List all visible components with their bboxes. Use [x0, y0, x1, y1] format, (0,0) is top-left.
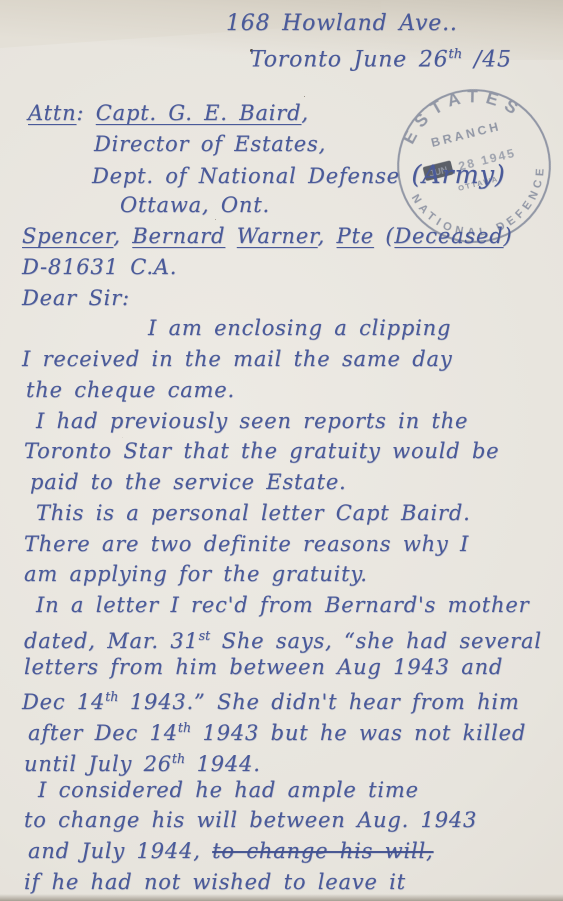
letter-line: paid to the service Estate.	[30, 467, 559, 498]
letter-text-segment: Bernard	[132, 224, 225, 248]
letter-line: if he had not wished to leave it	[24, 867, 559, 898]
letter-text-segment: Warner	[237, 224, 318, 248]
letter-text-segment: Director of Estates,	[94, 132, 326, 156]
letter-text-segment: Capt. G. E. Baird	[96, 101, 302, 125]
letter-text-segment: I am enclosing a clipping	[148, 316, 451, 340]
letter-line: Dept. of National Defense (Army)	[92, 160, 559, 191]
letter-text-segment: 1943.” She didn't hear from him	[118, 690, 519, 714]
letter-line: Spencer, Bernard Warner, Pte (Deceased)	[22, 221, 559, 252]
letter-text-segment: D-81631 C.A.	[22, 255, 177, 279]
letter-text-segment: to change his will between Aug. 1943	[24, 808, 477, 832]
letter-text-segment: th	[172, 751, 185, 766]
letter-text-segment: Ottawa, Ont.	[120, 193, 270, 217]
letter-text-segment: She says, “she had several	[210, 629, 542, 653]
letter-text-segment: Spencer	[22, 224, 113, 248]
letter-text-segment: 1943 but he was not killed	[191, 721, 526, 745]
letter-text-segment: paid to the service Estate.	[30, 470, 347, 494]
letter-line: dated, Mar. 31st She says, “she had seve…	[24, 621, 559, 652]
letter-text-segment: There are two definite reasons why I	[24, 532, 469, 556]
letter-text-segment: I had previously seen reports in the	[36, 409, 468, 433]
letter-line: There are two definite reasons why I	[24, 529, 559, 560]
letter-text-segment: Attn	[28, 101, 76, 125]
letter-line: after Dec 14th 1943 but he was not kille…	[28, 713, 559, 744]
letter-text-segment: :	[76, 101, 95, 125]
letter-line: the cheque came.	[26, 375, 559, 406]
letter-line: Dec 14th 1943.” She didn't hear from him	[22, 682, 559, 713]
letter-text-segment: the cheque came.	[26, 378, 235, 402]
letter-handwritten-text: 168 Howland Ave..Toronto June 26th /45At…	[0, 0, 563, 901]
letter-text-segment: /45	[462, 47, 512, 72]
letter-text-segment: Pte	[337, 224, 374, 248]
letter-line: 168 Howland Ave..	[226, 9, 458, 40]
letter-line: Director of Estates,	[94, 129, 559, 160]
letter-line: Dear Sir:	[22, 283, 559, 314]
letter-line: Ottawa, Ont.	[120, 190, 559, 221]
letter-line: I am enclosing a clipping	[148, 313, 559, 344]
letter-text-segment: Toronto June 26	[250, 47, 448, 72]
letter-text-segment: In a letter I rec'd from Bernard's mothe…	[36, 593, 529, 617]
letter-text-segment: This is a personal letter Capt Baird.	[36, 501, 471, 525]
letter-text-segment: )	[503, 224, 512, 248]
letter-page: ESTATES NATIONAL DEFENCE BRANCH JUN 28 1…	[0, 0, 563, 901]
letter-text-segment: th	[178, 720, 191, 735]
letter-text-segment: until July 26	[24, 752, 172, 776]
letter-line: to change his will between Aug. 1943	[24, 805, 559, 836]
letter-text-segment: Toronto Star that the gratuity would be	[24, 439, 499, 463]
letter-text-segment: dated, Mar. 31	[24, 629, 199, 653]
letter-line: until July 26th 1944.	[24, 744, 559, 775]
letter-text-segment	[225, 224, 236, 248]
letter-text-segment: ,	[301, 101, 308, 125]
letter-text-segment: and July 1944,	[28, 839, 212, 863]
letter-text-segment: th	[448, 47, 462, 62]
letter-line: and July 1944, to change his will,	[28, 836, 559, 867]
letter-text-segment: th	[105, 689, 118, 704]
letter-text-segment: Dept. of National Defense	[92, 164, 411, 188]
letter-line: I considered he had ample time	[38, 775, 559, 806]
letter-line: Attn: Capt. G. E. Baird,	[28, 98, 559, 129]
letter-text-segment: st	[199, 628, 211, 643]
letter-text-segment: I received in the mail the same day	[22, 347, 452, 371]
letter-line: I had previously seen reports in the	[36, 406, 559, 437]
letter-text-segment: ,	[113, 224, 132, 248]
letter-line: am applying for the gratuity.	[24, 559, 559, 590]
letter-line: Toronto Star that the gratuity would be	[24, 436, 559, 467]
letter-line: This is a personal letter Capt Baird.	[36, 498, 559, 529]
letter-text-segment: I considered he had ample time	[38, 778, 419, 802]
letter-text-segment: 168 Howland Ave..	[226, 11, 458, 36]
letter-text-segment: Deceased	[394, 224, 503, 248]
letter-text-segment: (	[374, 224, 394, 248]
letter-line: D-81631 C.A.	[22, 252, 559, 283]
letter-text-segment: if he had not wished to leave it	[24, 870, 406, 894]
letter-text-segment: ,	[318, 224, 337, 248]
letter-line: I received in the mail the same day	[22, 344, 559, 375]
letter-text-segment: am applying for the gratuity.	[24, 562, 368, 586]
struck-out-text: to change his will,	[212, 839, 433, 863]
letter-text-segment: Dear Sir:	[22, 286, 130, 310]
letter-text-segment: (Army)	[411, 160, 505, 190]
letter-text-segment: after Dec 14	[28, 721, 178, 745]
letter-line: Toronto June 26th /45	[250, 40, 512, 76]
letter-text-segment: letters from him between Aug 1943 and	[24, 655, 503, 679]
letter-text-segment: 1944.	[185, 752, 261, 776]
letter-line: letters from him between Aug 1943 and	[24, 652, 559, 683]
letter-line: In a letter I rec'd from Bernard's mothe…	[36, 590, 559, 621]
letter-text-segment: Dec 14	[22, 690, 105, 714]
